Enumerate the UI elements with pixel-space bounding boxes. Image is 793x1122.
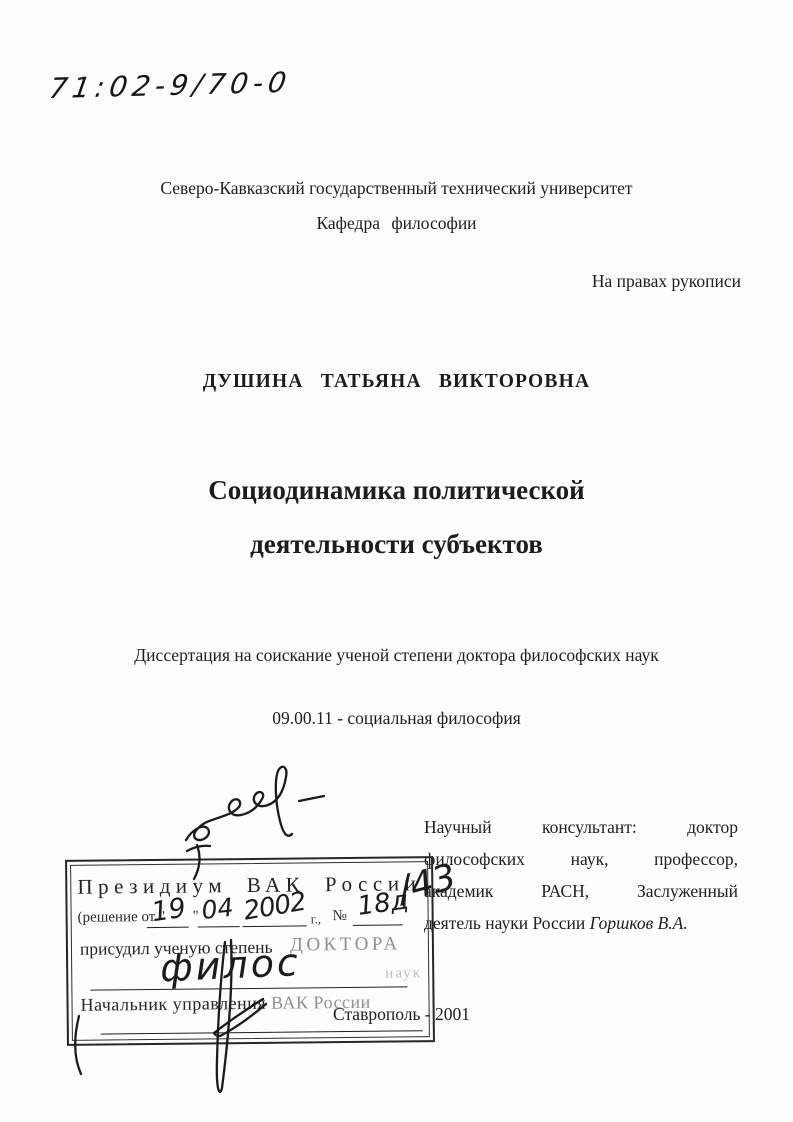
department-name: Кафедра философии	[0, 213, 793, 234]
stamp-field-handwritten: филос	[159, 943, 301, 987]
stamp-field-blank-line	[90, 986, 407, 990]
stamp-degree-word: ДОКТОРА	[290, 933, 401, 956]
specialty-code: 09.00.11 - социальная философия	[0, 708, 793, 729]
consultant-line-4: деятель науки России Горшков В.А.	[424, 907, 738, 939]
stamp-day-blank-line	[147, 927, 189, 928]
consultant-line-1: Научный консультант: доктор	[424, 811, 738, 843]
author-name: ДУШИНА ТАТЬЯНА ВИКТОРОВНА	[0, 371, 793, 393]
stamp-month-handwritten: 04	[200, 895, 234, 923]
signature-scribble	[186, 767, 292, 840]
stamp-quote-close: "	[193, 909, 199, 926]
manuscript-rights-note: На правах рукописи	[592, 271, 741, 292]
consultant-name: Горшков В.А.	[590, 913, 688, 933]
stamp-bottom-line	[101, 1030, 423, 1034]
scanned-title-page: 71:02-9/70-0 Северо-Кавказский государст…	[0, 0, 793, 1122]
dissertation-title-line1: Социодинамика политической	[0, 475, 793, 506]
dissertation-degree-note: Диссертация на соискание ученой степени …	[0, 645, 793, 666]
city-year: Ставрополь - 2001	[333, 1004, 470, 1025]
consultant-line-2: философских наук, профессор,	[424, 843, 738, 875]
stamp-number-blank-line	[353, 924, 403, 926]
consultant-line-3: академик РАСН, Заслуженный	[424, 875, 738, 907]
stamp-year-suffix: г.,	[311, 911, 322, 927]
stamp-signer-role-main: Начальник управления	[80, 993, 266, 1015]
stamp-number-sign: №	[333, 908, 347, 925]
stamp-signer-role: Начальник управления ВАК России	[80, 992, 370, 1016]
consultant-line-4-text: деятель науки России	[424, 913, 585, 933]
dissertation-title-line2: деятельности субъектов	[0, 529, 793, 560]
consultant-block: Научный консультант: доктор философских …	[424, 811, 738, 939]
stamp-day-handwritten: 19	[150, 894, 188, 926]
stamp-field-word-faded: наук	[385, 965, 422, 982]
university-name: Северо-Кавказский государственный технич…	[0, 178, 793, 199]
stamp-month-blank-line	[198, 926, 240, 927]
signature-dash	[299, 796, 324, 801]
catalog-number-handwritten: 71:02-9/70-0	[47, 66, 293, 105]
stamp-year-blank-line	[243, 925, 307, 927]
